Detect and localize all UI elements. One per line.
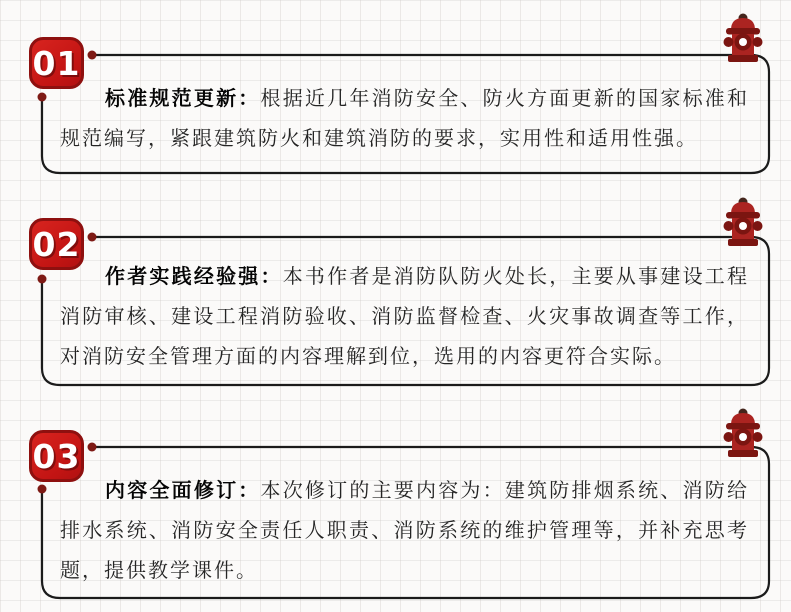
section-number-badge: 03 [29,430,84,482]
section-number: 03 [33,440,81,473]
section-text: 作者实践经验强：本书作者是消防队防火处长，主要从事建设工程消防审核、建设工程消防… [60,257,749,377]
section-number: 01 [33,47,81,80]
connector-dot [38,275,47,284]
section-number-badge: 01 [29,37,84,89]
section-heading: 标准规范更新： [105,88,261,110]
connector-dot [88,443,97,452]
fire-hydrant-icon [722,406,764,458]
fire-hydrant-icon [722,11,764,63]
section-text: 内容全面修订：本次修订的主要内容为：建筑防排烟系统、消防给排水系统、消防安全责任… [60,471,749,591]
connector-dot [88,51,97,60]
section-number: 02 [33,228,81,261]
connector-dot [38,93,47,102]
section-heading: 内容全面修订： [105,480,261,502]
section-text: 标准规范更新：根据近几年消防安全、防火方面更新的国家标准和规范编写，紧跟建筑防火… [60,79,749,159]
section-heading: 作者实践经验强： [105,266,283,288]
fire-hydrant-icon [722,195,764,247]
connector-dot [38,485,47,494]
infographic-page: 01 标准规范更新：根据近几年消防安全、防火方面更新的国家标准和规范编写，紧跟建… [0,0,791,612]
section-number-badge: 02 [29,218,84,270]
connector-dot [88,233,97,242]
